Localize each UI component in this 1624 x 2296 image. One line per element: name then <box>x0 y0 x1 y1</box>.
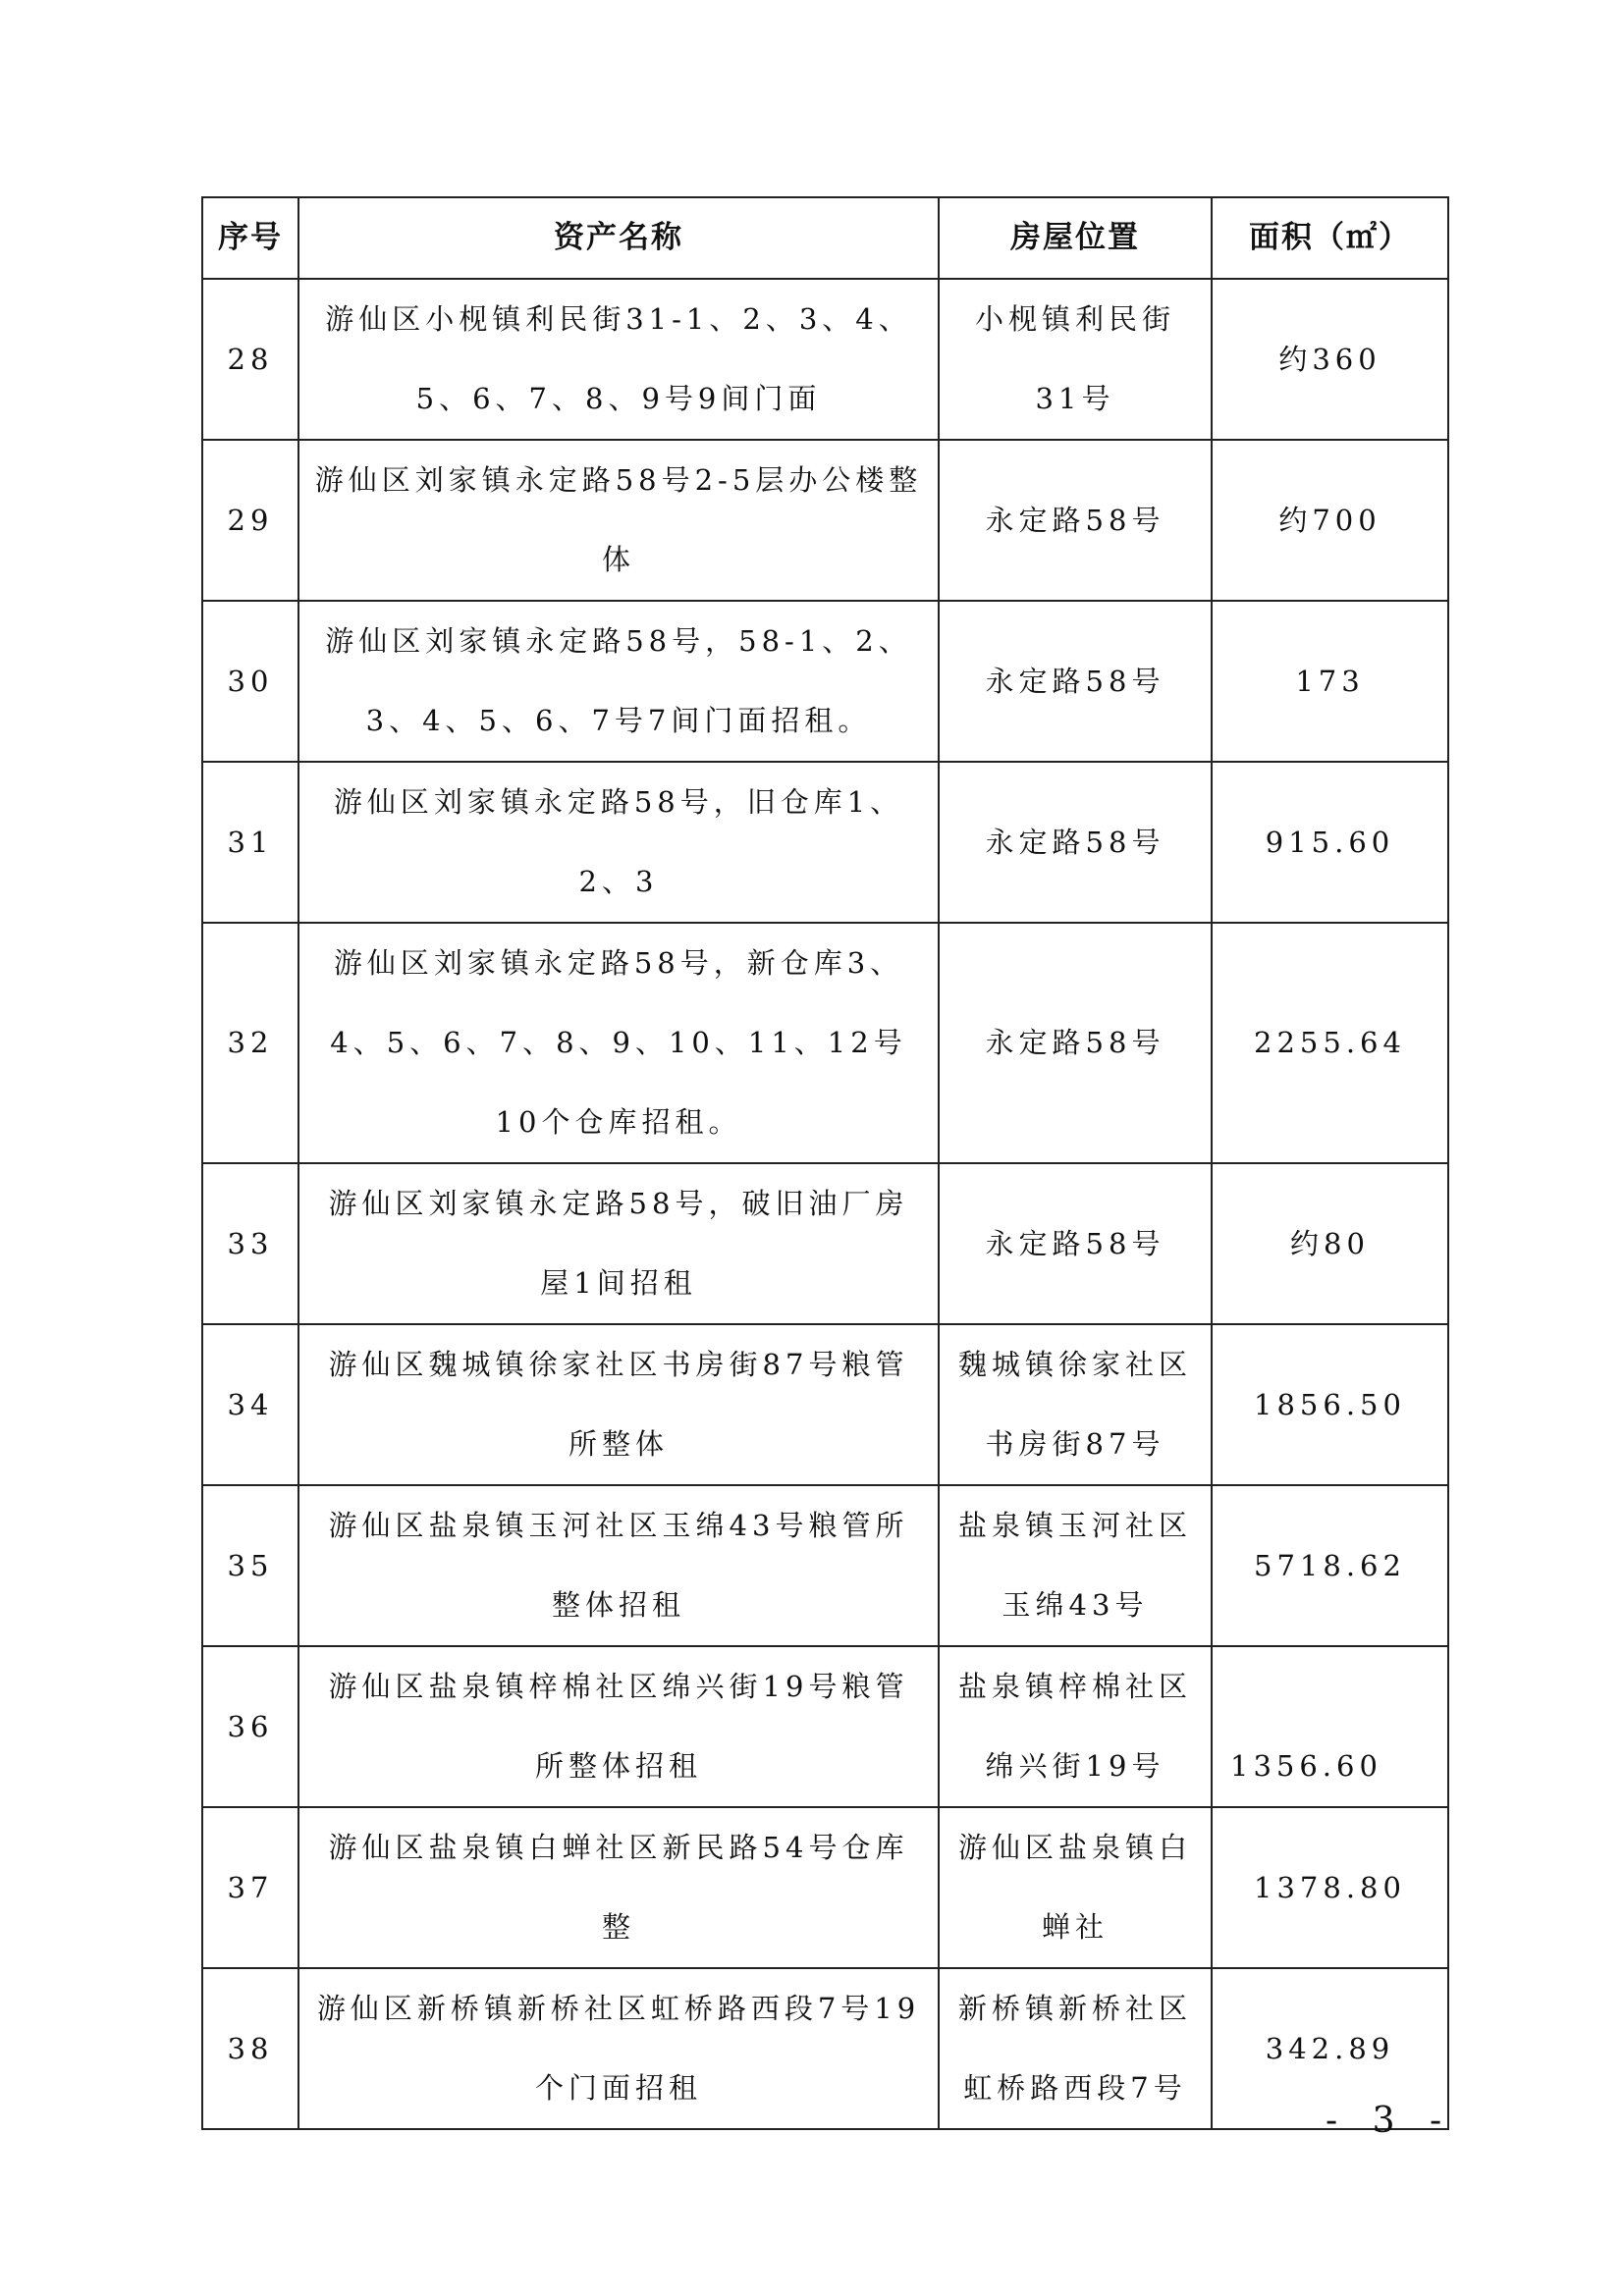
area-cell: 约80 <box>1212 1163 1448 1324</box>
area-cell: 5718.62 <box>1212 1485 1448 1646</box>
row-number-cell: 32 <box>202 923 298 1163</box>
row-number-cell: 33 <box>202 1163 298 1324</box>
location-cell: 永定路58号 <box>939 762 1212 923</box>
table-row: 34游仙区魏城镇徐家社区书房街87号粮管所整体魏城镇徐家社区书房街87号1856… <box>202 1324 1448 1485</box>
row-number-cell: 37 <box>202 1807 298 1968</box>
table-row: 31游仙区刘家镇永定路58号，旧仓库1、2、3永定路58号915.60 <box>202 762 1448 923</box>
location-cell: 魏城镇徐家社区书房街87号 <box>939 1324 1212 1485</box>
location-cell: 盐泉镇梓棉社区绵兴街19号 <box>939 1646 1212 1807</box>
table-row: 29游仙区刘家镇永定路58号2-5层办公楼整体永定路58号约700 <box>202 440 1448 601</box>
asset-name-cell: 游仙区盐泉镇梓棉社区绵兴街19号粮管所整体招租 <box>298 1646 939 1807</box>
asset-name-cell: 游仙区刘家镇永定路58号，新仓库3、4、5、6、7、8、9、10、11、12号1… <box>298 923 939 1163</box>
header-row: 序号 资产名称 房屋位置 面积（㎡） <box>202 197 1448 279</box>
row-number-cell: 31 <box>202 762 298 923</box>
area-cell: 1856.50 <box>1212 1324 1448 1485</box>
page-number: - 3 - <box>1326 2101 1453 2141</box>
row-number-cell: 36 <box>202 1646 298 1807</box>
location-cell: 永定路58号 <box>939 601 1212 762</box>
location-cell: 游仙区盐泉镇白蝉社 <box>939 1807 1212 1968</box>
row-number-cell: 29 <box>202 440 298 601</box>
location-cell: 盐泉镇玉河社区玉绵43号 <box>939 1485 1212 1646</box>
location-cell: 小枧镇利民街31号 <box>939 279 1212 440</box>
area-cell: 约700 <box>1212 440 1448 601</box>
area-cell: 915.60 <box>1212 762 1448 923</box>
table-row: 33游仙区刘家镇永定路58号，破旧油厂房屋1间招租永定路58号约80 <box>202 1163 1448 1324</box>
location-cell: 永定路58号 <box>939 923 1212 1163</box>
table-row: 35游仙区盐泉镇玉河社区玉绵43号粮管所整体招租盐泉镇玉河社区玉绵43号5718… <box>202 1485 1448 1646</box>
asset-name-cell: 游仙区魏城镇徐家社区书房街87号粮管所整体 <box>298 1324 939 1485</box>
table-row: 28游仙区小枧镇利民街31-1、2、3、4、5、6、7、8、9号9间门面小枧镇利… <box>202 279 1448 440</box>
row-number-cell: 34 <box>202 1324 298 1485</box>
location-cell: 永定路58号 <box>939 1163 1212 1324</box>
row-number-cell: 30 <box>202 601 298 762</box>
area-cell: 2255.64 <box>1212 923 1448 1163</box>
area-cell: 173 <box>1212 601 1448 762</box>
table-row: 36游仙区盐泉镇梓棉社区绵兴街19号粮管所整体招租盐泉镇梓棉社区绵兴街19号13… <box>202 1646 1448 1807</box>
header-asset-name: 资产名称 <box>298 197 939 279</box>
header-area: 面积（㎡） <box>1212 197 1448 279</box>
header-location: 房屋位置 <box>939 197 1212 279</box>
asset-name-cell: 游仙区刘家镇永定路58号，破旧油厂房屋1间招租 <box>298 1163 939 1324</box>
asset-name-cell: 游仙区盐泉镇白蝉社区新民路54号仓库整 <box>298 1807 939 1968</box>
row-number-cell: 28 <box>202 279 298 440</box>
asset-name-cell: 游仙区刘家镇永定路58号，旧仓库1、2、3 <box>298 762 939 923</box>
asset-table: 序号 资产名称 房屋位置 面积（㎡） 28游仙区小枧镇利民街31-1、2、3、4… <box>201 196 1449 2130</box>
area-cell: 约360 <box>1212 279 1448 440</box>
row-number-cell: 38 <box>202 1968 298 2129</box>
table-row: 37游仙区盐泉镇白蝉社区新民路54号仓库整游仙区盐泉镇白蝉社1378.80 <box>202 1807 1448 1968</box>
area-cell: 1356.60 <box>1212 1646 1448 1807</box>
location-cell: 永定路58号 <box>939 440 1212 601</box>
table-row: 30游仙区刘家镇永定路58号，58-1、2、3、4、5、6、7号7间门面招租。永… <box>202 601 1448 762</box>
table-row: 32游仙区刘家镇永定路58号，新仓库3、4、5、6、7、8、9、10、11、12… <box>202 923 1448 1163</box>
table-row: 38游仙区新桥镇新桥社区虹桥路西段7号19个门面招租新桥镇新桥社区虹桥路西段7号… <box>202 1968 1448 2129</box>
asset-name-cell: 游仙区新桥镇新桥社区虹桥路西段7号19个门面招租 <box>298 1968 939 2129</box>
header-no: 序号 <box>202 197 298 279</box>
asset-name-cell: 游仙区小枧镇利民街31-1、2、3、4、5、6、7、8、9号9间门面 <box>298 279 939 440</box>
asset-name-cell: 游仙区刘家镇永定路58号2-5层办公楼整体 <box>298 440 939 601</box>
asset-name-cell: 游仙区盐泉镇玉河社区玉绵43号粮管所整体招租 <box>298 1485 939 1646</box>
asset-name-cell: 游仙区刘家镇永定路58号，58-1、2、3、4、5、6、7号7间门面招租。 <box>298 601 939 762</box>
row-number-cell: 35 <box>202 1485 298 1646</box>
area-cell: 1378.80 <box>1212 1807 1448 1968</box>
location-cell: 新桥镇新桥社区虹桥路西段7号 <box>939 1968 1212 2129</box>
